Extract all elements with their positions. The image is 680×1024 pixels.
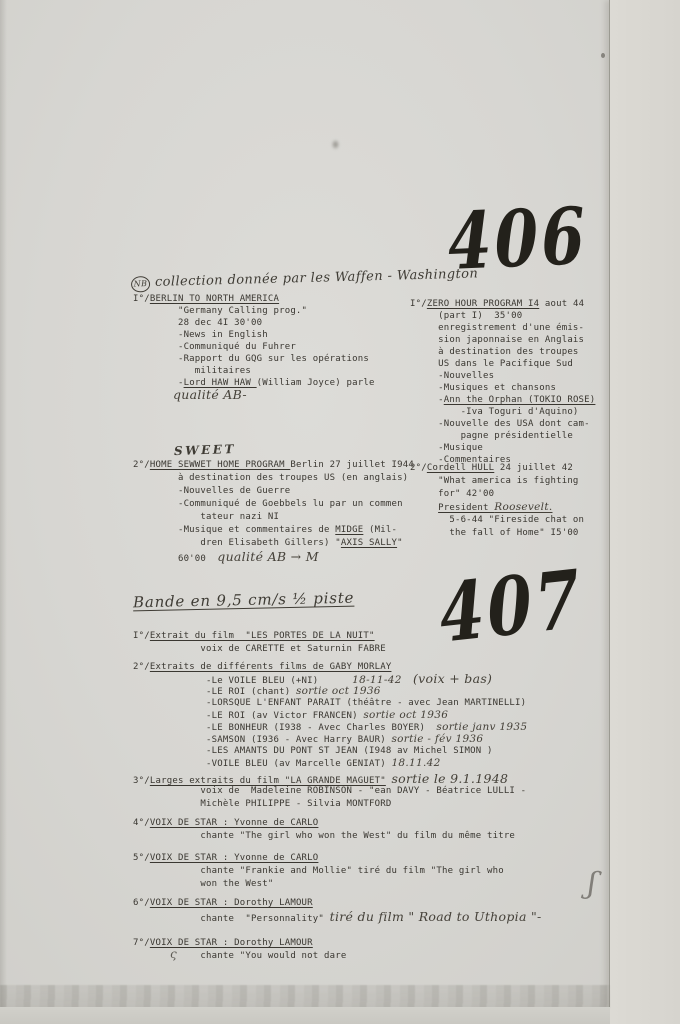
text-line: I°/ZERO HOUR PROGRAM I4 aout 44 [410, 298, 595, 310]
section-gaby-morlay-films: 2°/Extraits de différents films de GABY … [133, 661, 527, 769]
text-line: 5°/VOIX DE STAR : Yvonne de CARLO [133, 852, 504, 865]
text-line: I°/Extrait du film "LES PORTES DE LA NUI… [133, 630, 386, 643]
typed-text: 6°/ [133, 898, 150, 908]
typed-text: the fall of Home" I5'00 [410, 528, 579, 538]
typed-text: pagne présidentielle [410, 431, 573, 441]
typed-text: -Rapport du GQG sur les opérations [133, 354, 369, 364]
handwritten-tape-note: Bande en 9,5 cm/s ½ piste [133, 589, 355, 612]
text-line: pagne présidentielle [410, 430, 595, 442]
typed-text: -Musiques et chansons [410, 383, 556, 393]
typed-text: 4°/ [133, 818, 150, 828]
section-la-grande-maguet: 3°/Larges extraits du film "LA GRANDE MA… [133, 772, 526, 811]
handwritten-correction-sweet: SWEET [174, 442, 236, 458]
typed-text: voix de Madeleine ROBINSON - "ean DAVY -… [133, 786, 526, 796]
text-line: -LORSQUE L'ENFANT PARAIT (théâtre - avec… [133, 697, 527, 709]
text-line: (part I) 35'00 [410, 310, 595, 322]
text-line: -Musique et commentaires de MIDGE (Mil- [133, 524, 414, 537]
typed-text: -Nouvelles de Guerre [133, 486, 290, 496]
typed-text: US dans le Pacifique Sud [410, 359, 573, 369]
typed-text: 28 dec 4I 30'00 [133, 318, 262, 328]
text-line: Michèle PHILIPPE - Silvia MONTFORD [133, 798, 526, 811]
text-line: chante "Frankie and Mollie" tiré du film… [133, 865, 504, 878]
typed-text: -LE BONHEUR (I938 - Avec Charles BOYER) [133, 723, 436, 733]
section-voix-de-star-4: 4°/VOIX DE STAR : Yvonne de CARLO chante… [133, 817, 515, 843]
typed-text: BERLIN TO NORTH AMERICA [150, 294, 279, 304]
typed-text: -VOILE BLEU (av Marcelle GENIAT) [133, 759, 391, 769]
section-voix-de-star-7: 7°/VOIX DE STAR : Dorothy LAMOUR chante … [133, 937, 347, 963]
section-cordell-hull: 2°/Cordell HULL 24 juillet 42 "What amer… [410, 462, 584, 540]
section-home-sweet-home-program: 2°/HOME SEWWET HOME PROGRAM Berlin 27 ju… [133, 459, 414, 563]
typed-text: VOIX DE STAR : Yvonne de CARLO [150, 853, 319, 863]
text-line: I°/BERLIN TO NORTH AMERICA [133, 293, 375, 305]
ink-smudge [331, 139, 340, 150]
text-line: -SAMSON (I936 - Avec Harry BAUR) sortie … [133, 733, 527, 745]
typed-text: 2°/ [133, 460, 150, 470]
text-line: qualité AB- [133, 389, 375, 401]
typed-text: 2°/ [410, 463, 427, 473]
typed-text: aout 44 [539, 299, 584, 309]
typed-text: (William Joyce) parle [257, 378, 375, 388]
typed-text: I°/ [410, 299, 427, 309]
typed-text: chante "The girl who won the West" du fi… [133, 831, 515, 841]
text-line: voix de CARETTE et Saturnin FABRE [133, 643, 386, 656]
paper-bottom-edge [0, 985, 610, 1008]
typed-text: VOIX DE STAR : Yvonne de CARLO [150, 818, 319, 828]
typed-text: I°/ [133, 294, 150, 304]
typed-text: -LES AMANTS DU PONT ST JEAN (I948 av Mic… [133, 746, 493, 756]
text-line: -LES AMANTS DU PONT ST JEAN (I948 av Mic… [133, 745, 527, 757]
text-line: US dans le Pacifique Sud [410, 358, 595, 370]
text-line: -Rapport du GQG sur les opérations [133, 353, 375, 365]
text-line: militaires [133, 365, 375, 377]
section-voix-de-star-6: 6°/VOIX DE STAR : Dorothy LAMOUR chante … [133, 897, 542, 923]
typed-text: sion japonnaise en Anglais [410, 335, 584, 345]
text-line: chante "You would not dare [133, 950, 347, 963]
typed-text: militaires [133, 366, 251, 376]
text-line: won the West" [133, 878, 504, 891]
typed-text: (part I) 35'00 [410, 311, 522, 321]
typed-text: -Nouvelle des USA dont cam- [410, 419, 590, 429]
typed-text: "Germany Calling prog." [133, 306, 307, 316]
text-line: 7°/VOIX DE STAR : Dorothy LAMOUR [133, 937, 347, 950]
typed-text [410, 503, 438, 513]
text-line: -Nouvelles de Guerre [133, 485, 414, 498]
text-line: -Musique [410, 442, 595, 454]
handwritten-text: qualité AB- [173, 387, 247, 402]
handwritten-text: 18.11.42 [391, 757, 440, 769]
text-line: "Germany Calling prog." [133, 305, 375, 317]
text-line: voix de Madeleine ROBINSON - "ean DAVY -… [133, 785, 526, 798]
text-line: -News in English [133, 329, 375, 341]
typed-text: -Musique et commentaires de [133, 525, 335, 535]
text-line: 4°/VOIX DE STAR : Yvonne de CARLO [133, 817, 515, 830]
typed-text: VOIX DE STAR : Dorothy LAMOUR [150, 898, 313, 908]
text-line: enregistrement d'une émis- [410, 322, 595, 334]
handwritten-text: sortie oct 1936 [363, 709, 448, 721]
text-line: tateur nazi NI [133, 511, 414, 524]
handwritten-margin-mark: ʃ [586, 866, 598, 902]
text-line: -LE ROI (av Victor FRANCEN) sortie oct 1… [133, 709, 527, 721]
typed-text: VOIX DE STAR : Dorothy LAMOUR [150, 938, 313, 948]
text-line: -Communiqué du Fuhrer [133, 341, 375, 353]
typed-text: voix de CARETTE et Saturnin FABRE [133, 644, 386, 654]
typed-text: à destination des troupes US (en anglais… [133, 473, 408, 483]
scan-speck [601, 53, 605, 58]
typed-text [402, 676, 413, 686]
handwritten-text: sortie oct 1936 [296, 685, 381, 697]
section-berlin-to-north-america: I°/BERLIN TO NORTH AMERICA "Germany Call… [133, 293, 375, 401]
text-line: "What america is fighting [410, 475, 584, 488]
text-line: the fall of Home" I5'00 [410, 527, 584, 540]
text-line: chante "The girl who won the West" du fi… [133, 830, 515, 843]
typed-text: -Nouvelles [410, 371, 494, 381]
typed-text: for" 42'00 [410, 489, 494, 499]
nb-circle-badge: NB [131, 276, 150, 292]
typed-text: -News in English [133, 330, 268, 340]
handwritten-text: tiré du film " Road to Uthopia "- [330, 909, 542, 924]
handwritten-text: sortie janv 1935 [436, 721, 527, 733]
typed-text: Cordell HULL [427, 463, 494, 473]
typed-text: chante "You would not dare [133, 951, 347, 961]
handwritten-top-note: NBcollection donnée par les Waffen - Was… [131, 266, 479, 292]
typed-text: Extraits de différents films de GABY MOR… [150, 662, 392, 672]
scan-bottom-surface [0, 1007, 610, 1024]
text-line: -Ann the Orphan (TOKIO ROSE) [410, 394, 595, 406]
text-line: -VOILE BLEU (av Marcelle GENIAT) 18.11.4… [133, 757, 527, 769]
handwritten-text: qualité AB → M [217, 549, 319, 564]
scan-left-edge-shadow [0, 0, 7, 1024]
typed-text: dren Elisabeth Gillers) " [133, 538, 341, 548]
scan-background-edge [609, 0, 680, 1024]
typed-text: -LE ROI (chant) [133, 687, 296, 697]
text-line: 2°/HOME SEWWET HOME PROGRAM Berlin 27 ju… [133, 459, 414, 472]
typed-text: I°/ [133, 631, 150, 641]
text-line: chante "Personnality" tiré du film " Roa… [133, 910, 542, 923]
typed-text: enregistrement d'une émis- [410, 323, 584, 333]
typed-text: tateur nazi NI [133, 512, 279, 522]
text-line: -LE ROI (chant) sortie oct 1936 [133, 685, 527, 697]
typed-text: won the West" [133, 879, 273, 889]
typed-text: "What america is fighting [410, 476, 579, 486]
text-line: 28 dec 4I 30'00 [133, 317, 375, 329]
text-line: -Communiqué de Goebbels lu par un commen [133, 498, 414, 511]
typed-text: -LORSQUE L'ENFANT PARAIT (théâtre - avec… [133, 698, 526, 708]
text-line: for" 42'00 [410, 488, 584, 501]
text-line: 60'00 qualité AB → M [133, 550, 414, 563]
typed-text: (Mil- [363, 525, 397, 535]
typed-text: 60'00 [133, 554, 217, 564]
typed-text: 2°/ [133, 662, 150, 672]
text-line: -Nouvelle des USA dont cam- [410, 418, 595, 430]
handwritten-text: (voix + bas) [413, 671, 492, 686]
typed-text: -Communiqué du Fuhrer [133, 342, 296, 352]
text-line: -Nouvelles [410, 370, 595, 382]
handwritten-text: sortie - fév 1936 [391, 733, 483, 745]
typed-text: -Iva Toguri d'Aquino) [410, 407, 579, 417]
text-line: 3°/Larges extraits du film "LA GRANDE MA… [133, 772, 526, 785]
typed-text: 5°/ [133, 853, 150, 863]
section-zero-hour-program: I°/ZERO HOUR PROGRAM I4 aout 44 (part I)… [410, 298, 595, 466]
section-voix-de-star-5: 5°/VOIX DE STAR : Yvonne de CARLO chante… [133, 852, 504, 891]
typed-text: Extrait du film "LES PORTES DE LA NUIT" [150, 631, 375, 641]
page-number-stamp-407: 407 [437, 558, 585, 653]
scanned-document-page: 406 407 NBcollection donnée par les Waff… [0, 0, 680, 1024]
text-line: -LE BONHEUR (I938 - Avec Charles BOYER) … [133, 721, 527, 733]
typed-text: ZERO HOUR PROGRAM I4 [427, 299, 539, 309]
text-line: President Roosevelt. [410, 501, 584, 514]
typed-text: - [410, 395, 444, 405]
handwritten-text: sortie le 9.1.1948 [391, 771, 508, 786]
text-line: sion japonnaise en Anglais [410, 334, 595, 346]
text-line: 5-6-44 "Fireside chat on [410, 514, 584, 527]
typed-text: MIDGE [335, 525, 363, 535]
section-les-portes-de-la-nuit: I°/Extrait du film "LES PORTES DE LA NUI… [133, 630, 386, 656]
typed-text: Ann the Orphan (TOKIO ROSE) [444, 395, 596, 405]
text-line: -Le VOILE BLEU (+NI) 18-11-42 (voix + ba… [133, 673, 527, 685]
typed-text: -LE ROI (av Victor FRANCEN) [133, 711, 363, 721]
typed-text: 24 juillet 42 [494, 463, 573, 473]
typed-text: -Communiqué de Goebbels lu par un commen [133, 499, 403, 509]
typed-text: Berlin 27 juillet I944 [290, 460, 414, 470]
text-line: -Iva Toguri d'Aquino) [410, 406, 595, 418]
text-line: à destination des troupes US (en anglais… [133, 472, 414, 485]
typed-text: HOME SEWWET HOME PROGRAM [150, 460, 290, 470]
typed-text: President [438, 503, 494, 513]
typed-text: " [397, 538, 403, 548]
typed-text: à destination des troupes [410, 347, 579, 357]
typed-text: AXIS SALLY [341, 538, 397, 548]
text-line: -Musiques et chansons [410, 382, 595, 394]
typed-text: chante "Frankie and Mollie" tiré du film… [133, 866, 504, 876]
typed-text: 5-6-44 "Fireside chat on [410, 515, 584, 525]
handwritten-top-note-text: collection donnée par les Waffen - Washi… [155, 266, 479, 289]
handwritten-text: Roosevelt. [494, 501, 552, 513]
text-line: -Lord HAW HAW (William Joyce) parle [133, 377, 375, 389]
typed-text: 7°/ [133, 938, 150, 948]
typed-text: chante "Personnality" [133, 914, 330, 924]
typed-text: -Musique [410, 443, 483, 453]
typed-text: Michèle PHILIPPE - Silvia MONTFORD [133, 799, 391, 809]
typed-text: -SAMSON (I936 - Avec Harry BAUR) [133, 735, 391, 745]
text-line: à destination des troupes [410, 346, 595, 358]
text-line: 2°/Cordell HULL 24 juillet 42 [410, 462, 584, 475]
